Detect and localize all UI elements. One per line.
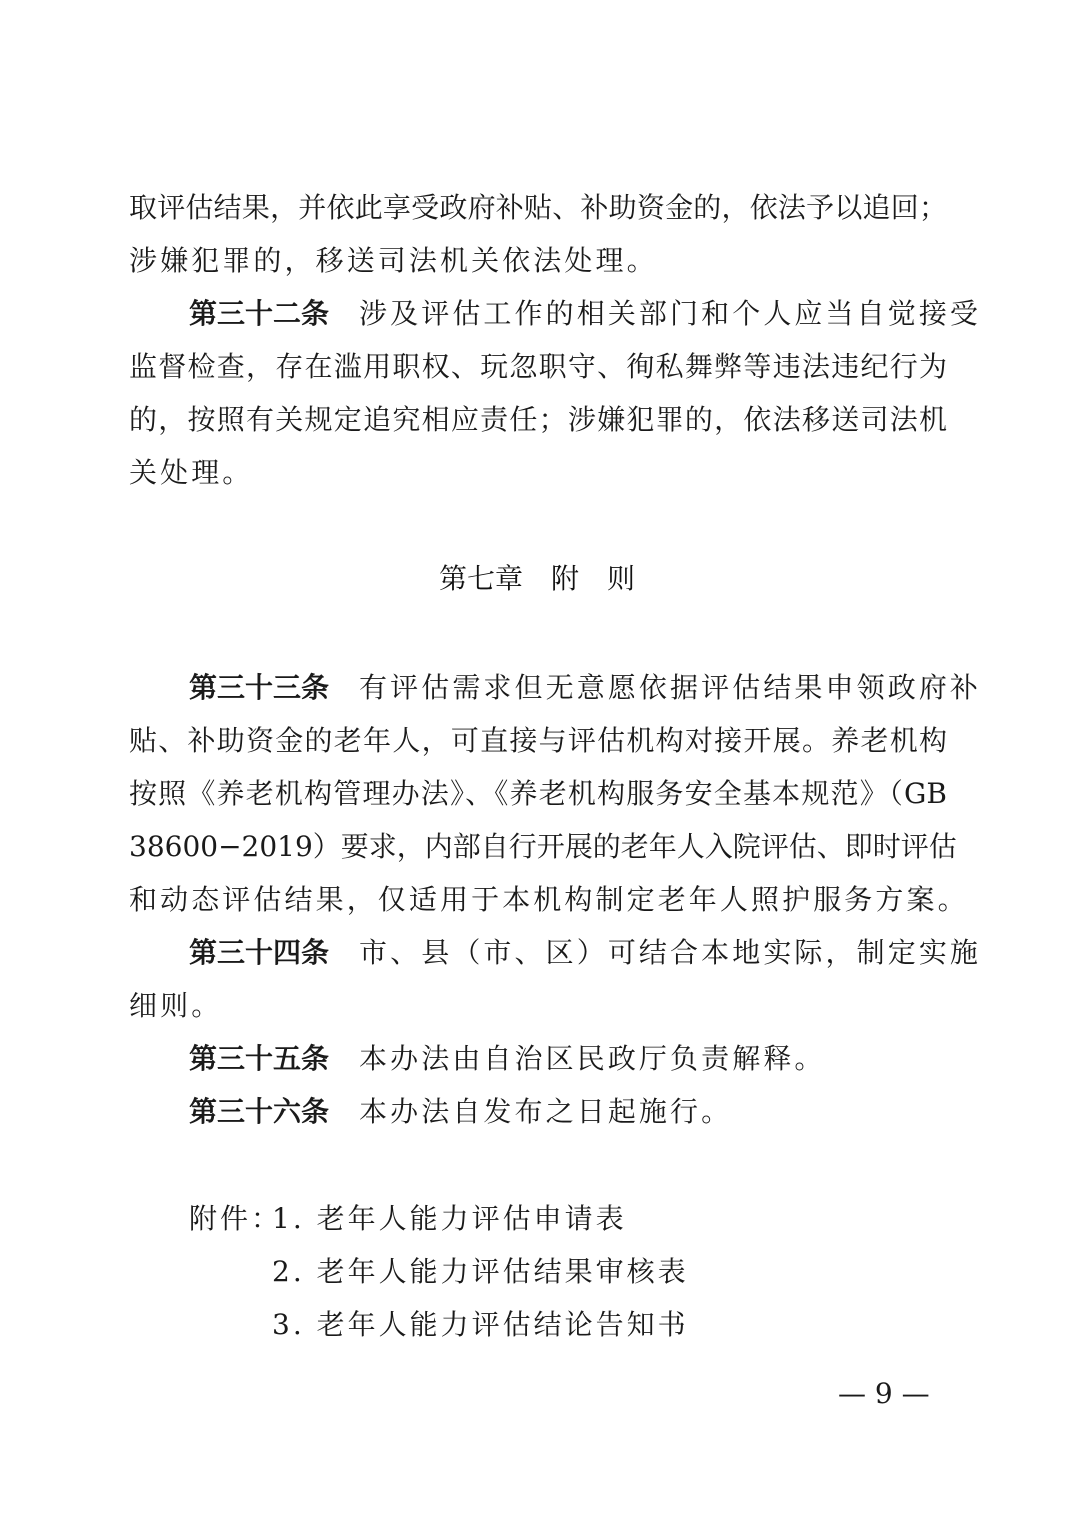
article-36: 第三十六条本办法自发布之日起施行。 <box>189 1092 947 1132</box>
article-32-first-line: 第三十二条 涉及评估工作的相关部门和个人应当自觉接受 <box>189 294 947 334</box>
article-32-label: 第三十二条 <box>189 294 329 334</box>
article-33-first-line: 第三十三条 有评估需求但无意愿依据评估结果申领政府补 <box>189 668 947 708</box>
article-34-label: 第三十四条 <box>189 933 329 973</box>
paragraph-line: 关处理。 <box>129 453 947 493</box>
paragraph-line: 取评估结果，并依此享受政府补贴、补助资金的，依法予以追回； <box>129 188 947 228</box>
attachment-item: 3. 老年人能力评估结论告知书 <box>272 1305 689 1345</box>
paragraph-line: 细则。 <box>129 986 947 1026</box>
attachments-label: 附件： <box>189 1199 282 1239</box>
document-page: 取评估结果，并依此享受政府补贴、补助资金的，依法予以追回； 涉嫌犯罪的，移送司法… <box>0 0 1074 1520</box>
paragraph-line: 按照《养老机构管理办法》、《养老机构服务安全基本规范》（GB <box>129 774 947 814</box>
article-36-label: 第三十六条 <box>189 1095 329 1128</box>
article-33-label: 第三十三条 <box>189 668 329 708</box>
article-36-text: 本办法自发布之日起施行。 <box>359 1095 732 1128</box>
article-35-text: 本办法由自治区民政厅负责解释。 <box>359 1042 826 1075</box>
attachment-item: 2. 老年人能力评估结果审核表 <box>272 1252 689 1292</box>
chapter-heading: 第七章 附 则 <box>0 559 1074 599</box>
page-number: — 9 — <box>838 1374 930 1414</box>
paragraph-line: 和动态评估结果，仅适用于本机构制定老年人照护服务方案。 <box>129 880 947 920</box>
paragraph-line: 涉嫌犯罪的，移送司法机关依法处理。 <box>129 241 947 281</box>
paragraph-line: 监督检查，存在滥用职权、玩忽职守、徇私舞弊等违法违纪行为 <box>129 347 947 387</box>
article-35-label: 第三十五条 <box>189 1042 329 1075</box>
paragraph-line: 38600−2019）要求，内部自行开展的老年人入院评估、即时评估 <box>129 827 947 867</box>
article-34-first-line: 第三十四条 市、县（市、区）可结合本地实际，制定实施 <box>189 933 947 973</box>
attachment-item: 1. 老年人能力评估申请表 <box>272 1199 627 1239</box>
paragraph-line: 的，按照有关规定追究相应责任；涉嫌犯罪的，依法移送司法机 <box>129 400 947 440</box>
paragraph-line: 贴、补助资金的老年人，可直接与评估机构对接开展。养老机构 <box>129 721 947 761</box>
article-35: 第三十五条本办法由自治区民政厅负责解释。 <box>189 1039 947 1079</box>
article-33-text: 有评估需求但无意愿依据评估结果申领政府补 <box>359 668 981 708</box>
article-32-text: 涉及评估工作的相关部门和个人应当自觉接受 <box>359 294 981 334</box>
article-34-text: 市、县（市、区）可结合本地实际，制定实施 <box>359 933 981 973</box>
